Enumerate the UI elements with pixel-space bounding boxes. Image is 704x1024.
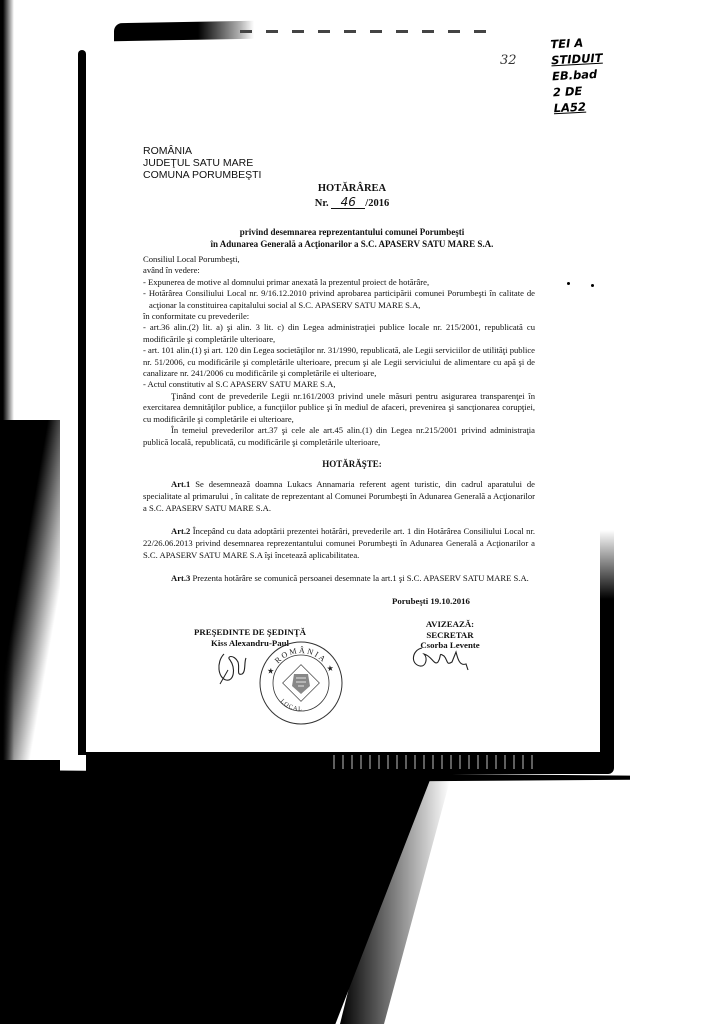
number-suffix: /2016: [365, 198, 389, 209]
official-stamp-icon: ★ ROMÂNIA ★ LOCAL: [258, 640, 344, 726]
preamble: Consiliul Local Porumbeşti, având în ved…: [143, 254, 535, 448]
signature-endorsement: AVIZEAZĂ:: [380, 619, 520, 630]
number-handwritten: 46: [331, 197, 365, 209]
preamble-taking-into-account: Ţinând cont de prevederile Legii nr.161/…: [143, 391, 535, 425]
signature-scribble-president: [212, 648, 252, 688]
scan-shadow-wedge: [0, 420, 60, 760]
preamble-conformity: în conformitate cu prevederile:: [143, 311, 535, 322]
header-country: ROMÂNIA: [143, 145, 261, 157]
scan-speck: [567, 282, 570, 285]
articles: Art.1 Se desemnează doamna Lukacs Annama…: [143, 478, 535, 595]
preamble-item: - art.36 alin.(2) lit. a) şi alin. 3 lit…: [143, 322, 535, 345]
article-3: Art.3 Prezenta hotărâre se comunică pers…: [143, 572, 535, 584]
preamble-considering: având în vedere:: [143, 265, 535, 276]
preamble-item: - Expunerea de motive al domnului primar…: [143, 277, 535, 288]
scan-dash-top: [240, 30, 500, 33]
handwritten-note: TEI A STIDUIT EB.bad 2 DE LA52: [550, 34, 606, 117]
header-commune: COMUNA PORUMBEŞTI: [143, 169, 261, 181]
subject-line: privind desemnarea reprezentantului comu…: [0, 226, 704, 238]
signature-role: SECRETAR: [380, 630, 520, 641]
stamp-bottom-text: LOCAL: [279, 699, 303, 713]
place-date: Porubeşti 19.10.2016: [392, 596, 470, 606]
handwritten-note-line: EB.bad: [552, 66, 604, 85]
preamble-legal-basis: În temeiul prevederilor art.37 şi cele a…: [143, 425, 535, 448]
binder-spine: [78, 50, 86, 755]
page-number: 32: [500, 53, 517, 68]
header-county: JUDEŢUL SATU MARE: [143, 157, 261, 169]
subject-line: în Adunarea Generală a Acţionarilor a S.…: [0, 238, 704, 250]
scan-speck: [591, 284, 594, 287]
document-title: HOTĂRÂREA: [0, 183, 704, 194]
article-label: Art.1: [171, 479, 190, 489]
issuer-header: ROMÂNIA JUDEŢUL SATU MARE COMUNA PORUMBE…: [143, 145, 261, 181]
article-text: Se desemnează doamna Lukacs Annamaria re…: [143, 479, 535, 513]
scan-shadow-top: [114, 21, 254, 41]
preamble-item: - art. 101 alin.(1) şi art. 120 din Lege…: [143, 345, 535, 379]
document-number: Nr. 46/2016: [0, 197, 704, 209]
number-prefix: Nr.: [315, 198, 329, 209]
preamble-council: Consiliul Local Porumbeşti,: [143, 254, 535, 265]
article-text: Prezenta hotărâre se comunică persoanei …: [192, 573, 528, 583]
signature-role: PREŞEDINTE DE ŞEDINŢĂ: [170, 627, 330, 638]
document-subject: privind desemnarea reprezentantului comu…: [0, 226, 704, 250]
article-label: Art.3: [171, 573, 190, 583]
handwritten-note-line: LA52: [553, 98, 605, 117]
article-label: Art.2: [171, 526, 190, 536]
preamble-item: - Hotărârea Consiliului Local nr. 9/16.1…: [143, 288, 535, 311]
scan-noise: [330, 755, 540, 769]
preamble-item: - Actul constitutiv al S.C APASERV SATU …: [143, 379, 535, 390]
decision-heading: HOTĂRĂŞTE:: [0, 459, 704, 469]
article-1: Art.1 Se desemnează doamna Lukacs Annama…: [143, 478, 535, 514]
article-2: Art.2 Începând cu data adoptării prezent…: [143, 525, 535, 561]
signature-scribble-secretary: [408, 644, 472, 674]
article-text: Începând cu data adoptării prezentei hot…: [143, 526, 535, 560]
svg-text:LOCAL: LOCAL: [279, 699, 303, 713]
scan-shadow-right: [600, 530, 614, 760]
